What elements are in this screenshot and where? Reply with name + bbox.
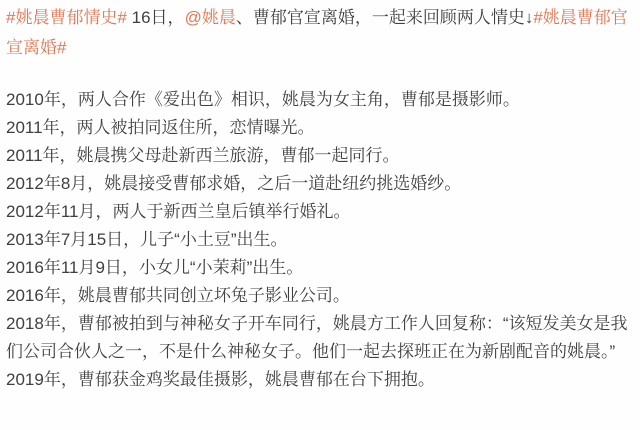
post-header: #姚晨曹郁情史# 16日，@姚晨、曹郁官宣离婚，一起来回顾两人情史↓#姚晨曹郁官…	[6, 3, 630, 63]
timeline-entry: 2013年7月15日，儿子“小土豆”出生。	[6, 226, 630, 254]
timeline-entry: 2019年，曹郁获金鸡奖最佳摄影，姚晨曹郁在台下拥抱。	[6, 366, 630, 394]
timeline-entry: 2016年11月9日，小女儿“小茉莉”出生。	[6, 254, 630, 282]
timeline-entry: 2018年，曹郁被拍到与神秘女子开车同行，姚晨方工作人回复称：“该短发美女是我们…	[6, 310, 630, 366]
timeline-entry: 2012年11月，两人于新西兰皇后镇举行婚礼。	[6, 198, 630, 226]
mention-link-yaochen[interactable]: @姚晨	[185, 8, 236, 27]
timeline-entry: 2010年，两人合作《爱出色》相识，姚晨为女主角，曹郁是摄影师。	[6, 86, 630, 114]
header-text: 、曹郁官宣离婚，一起来回顾两人情史↓	[236, 8, 534, 27]
timeline: 2010年，两人合作《爱出色》相识，姚晨为女主角，曹郁是摄影师。 2011年，两…	[6, 86, 630, 394]
timeline-entry: 2011年，姚晨携父母赴新西兰旅游，曹郁一起同行。	[6, 142, 630, 170]
timeline-entry: 2012年8月，姚晨接受曹郁求婚，之后一道赴纽约挑选婚纱。	[6, 170, 630, 198]
hashtag-link-love-history[interactable]: #姚晨曹郁情史#	[6, 8, 127, 27]
header-text: 16日，	[127, 8, 185, 27]
weibo-post: #姚晨曹郁情史# 16日，@姚晨、曹郁官宣离婚，一起来回顾两人情史↓#姚晨曹郁官…	[0, 0, 640, 394]
timeline-entry: 2011年，两人被拍同返住所，恋情曝光。	[6, 114, 630, 142]
timeline-entry: 2016年，姚晨曹郁共同创立坏兔子影业公司。	[6, 282, 630, 310]
